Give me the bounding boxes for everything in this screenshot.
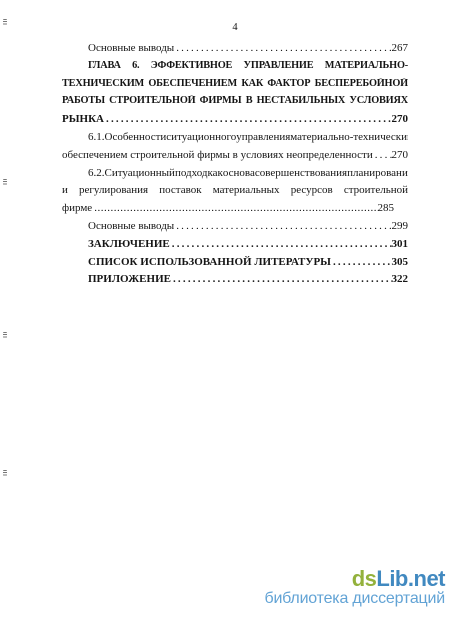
toc-word: основа xyxy=(223,167,255,179)
toc-word: ТЕХНИЧЕСКИМ xyxy=(62,78,144,89)
dot-leader: ........................................… xyxy=(174,220,391,232)
toc-word: совершенствования xyxy=(255,167,347,179)
toc-word: планирования xyxy=(347,167,408,179)
toc-word: МАТЕРИАЛЬНО- xyxy=(325,60,408,71)
toc-entry-title: РЫНКА xyxy=(62,113,104,125)
toc-word: подход xyxy=(175,167,208,179)
toc-page-ref: 285 xyxy=(378,202,395,214)
toc-entry-title: обеспечением строительной фирмы в услови… xyxy=(62,149,373,161)
toc-line: СПИСОК ИСПОЛЬЗОВАННОЙ ЛИТЕРАТУРЫ........… xyxy=(62,256,408,274)
scan-artifact xyxy=(3,470,7,476)
scan-artifact xyxy=(3,19,7,25)
toc-word: материально-техническим xyxy=(290,131,408,143)
toc-word: ФАКТОР xyxy=(267,78,310,89)
dslib-subtitle: библиотека диссертаций xyxy=(264,590,445,608)
dslib-logo-ds: ds xyxy=(352,566,377,591)
toc-word: ФИРМЫ xyxy=(200,95,242,106)
toc-line: ТЕХНИЧЕСКИМОБЕСПЕЧЕНИЕМКАКФАКТОРБЕСПЕРЕБ… xyxy=(62,78,408,96)
toc-page-ref: 270 xyxy=(392,113,409,125)
toc-word: УСЛОВИЯХ xyxy=(349,95,408,106)
toc-word: строительной xyxy=(344,184,408,196)
dot-leader: ........................................… xyxy=(92,202,377,214)
toc-word: 6.1. xyxy=(88,131,105,143)
toc-line: 6.1.Особенностиситуационногоуправленияма… xyxy=(62,131,408,149)
page-number: 4 xyxy=(62,22,408,36)
toc-line: РЫНКА...................................… xyxy=(62,113,408,131)
scan-artifact xyxy=(3,332,7,338)
toc-word: РАБОТЫ xyxy=(62,95,105,106)
toc-word: БЕСПЕРЕБОЙНОЙ xyxy=(315,78,408,89)
toc-entry-title: Основные выводы xyxy=(88,42,174,54)
toc-word: КАК xyxy=(241,78,263,89)
dslib-watermark[interactable]: dsLib.net библиотека диссертаций xyxy=(264,568,445,608)
dslib-logo-lib: Lib xyxy=(376,566,408,591)
toc-entry-title: СПИСОК ИСПОЛЬЗОВАННОЙ ЛИТЕРАТУРЫ xyxy=(88,256,331,268)
document-page: 4 Основные выводы.......................… xyxy=(0,0,450,617)
toc: Основные выводы.........................… xyxy=(62,42,408,291)
toc-word: регулирования xyxy=(79,184,148,196)
dot-leader: ........................................… xyxy=(174,42,391,54)
toc-page-ref: 299 xyxy=(392,220,409,232)
toc-line: фирме...................................… xyxy=(62,202,408,220)
toc-word: НЕСТАБИЛЬНЫХ xyxy=(257,95,346,106)
toc-word: управления xyxy=(236,131,290,143)
toc-line: Основные выводы.........................… xyxy=(62,220,408,238)
toc-line: ЗАКЛЮЧЕНИЕ..............................… xyxy=(62,238,408,256)
toc-word: ЭФФЕКТИВНОЕ xyxy=(151,60,233,71)
toc-line: РАБОТЫСТРОИТЕЛЬНОЙФИРМЫВНЕСТАБИЛЬНЫХУСЛО… xyxy=(62,95,408,113)
toc-page-ref: 301 xyxy=(392,238,409,250)
toc-line: ирегулированияпоставокматериальныхресурс… xyxy=(62,184,408,202)
toc-word: материальных xyxy=(213,184,280,196)
toc-page-ref: 270 xyxy=(392,149,409,161)
toc-word: и xyxy=(62,184,68,196)
toc-word: ресурсов xyxy=(291,184,333,196)
toc-word: ГЛАВА xyxy=(88,60,121,71)
toc-line: обеспечением строительной фирмы в услови… xyxy=(62,149,408,167)
toc-word: УПРАВЛЕНИЕ xyxy=(244,60,314,71)
toc-word: СТРОИТЕЛЬНОЙ xyxy=(109,95,195,106)
dot-leader: ........................................… xyxy=(331,256,392,268)
toc-word: поставок xyxy=(159,184,201,196)
toc-word: 6. xyxy=(132,60,139,71)
toc-word: как xyxy=(207,167,222,179)
toc-entry-title: ПРИЛОЖЕНИЕ xyxy=(88,273,171,285)
toc-page-ref: 267 xyxy=(392,42,409,54)
toc-line: ПРИЛОЖЕНИЕ..............................… xyxy=(62,273,408,291)
dot-leader: ........................................… xyxy=(104,113,392,125)
toc-word: В xyxy=(246,95,253,106)
toc-page-ref: 305 xyxy=(392,256,409,268)
toc-content: 4 Основные выводы.......................… xyxy=(62,22,408,291)
toc-word: Особенности xyxy=(105,131,167,143)
toc-line: 6.2.Ситуационныйподходкакосновасовершенс… xyxy=(62,167,408,185)
toc-line: ГЛАВА6.ЭФФЕКТИВНОЕУПРАВЛЕНИЕМАТЕРИАЛЬНО- xyxy=(62,60,408,78)
toc-entry-title: Основные выводы xyxy=(88,220,174,232)
toc-word: Ситуационный xyxy=(105,167,175,179)
toc-word: 6.2. xyxy=(88,167,105,179)
dot-leader: ........................................… xyxy=(171,273,392,285)
toc-entry-title: ЗАКЛЮЧЕНИЕ xyxy=(88,238,170,250)
dslib-logo-net: net xyxy=(414,566,446,591)
toc-line: Основные выводы.........................… xyxy=(62,42,408,60)
dslib-logo: dsLib.net xyxy=(264,568,445,590)
toc-word: ОБЕСПЕЧЕНИЕМ xyxy=(148,78,237,89)
dot-leader: ........................................… xyxy=(170,238,392,250)
toc-page-ref: 322 xyxy=(392,273,409,285)
toc-word: ситуационного xyxy=(166,131,236,143)
scan-artifact xyxy=(3,179,7,185)
dot-leader: ........................................… xyxy=(373,149,392,161)
toc-entry-title: фирме xyxy=(62,202,92,214)
